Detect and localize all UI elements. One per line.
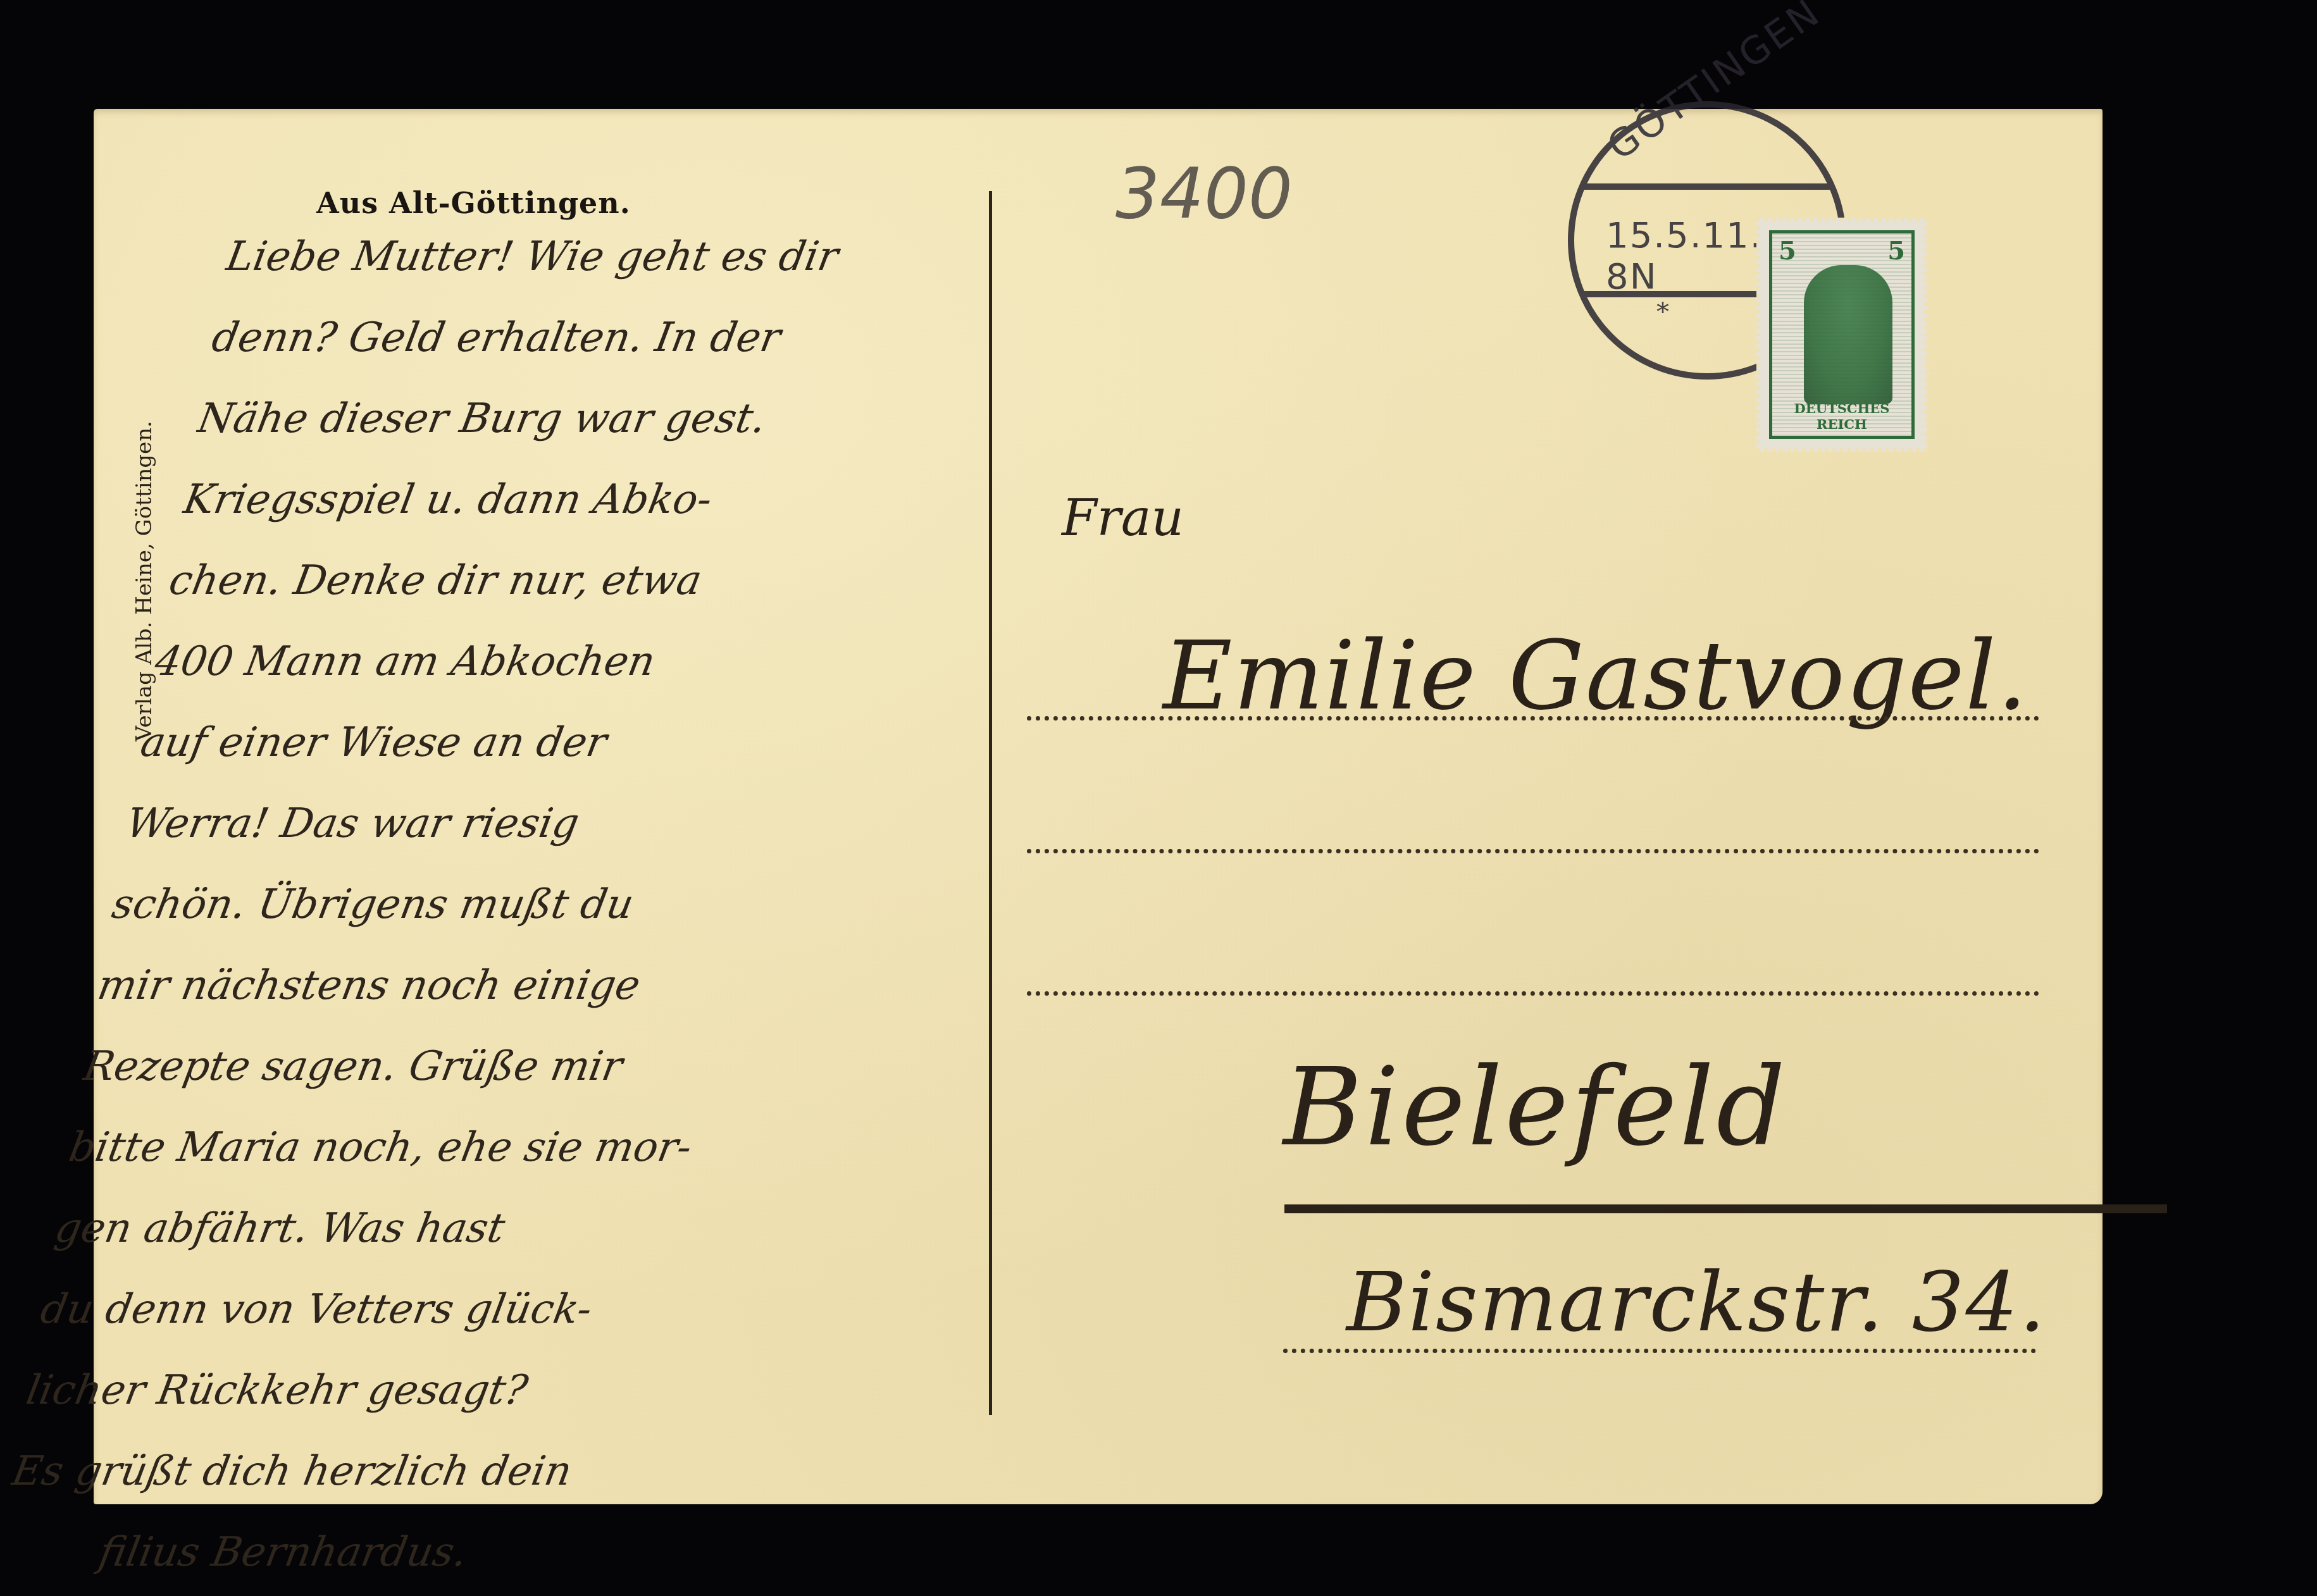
address-salutation: Frau — [1062, 488, 1184, 547]
message-line: chen. Denke dir nur, etwa — [163, 540, 1050, 621]
postcard: Aus Alt-Göttingen. Verlag Alb. Heine, Gö… — [94, 109, 2103, 1504]
message-line: Kriegsspiel u. dann Abko- — [177, 459, 1065, 540]
postcard-title: Aus Alt-Göttingen. — [316, 186, 631, 220]
star-icon: * — [1656, 297, 1669, 326]
address-line — [1027, 849, 2039, 853]
address-line — [1283, 1349, 2036, 1353]
stamp-value: 5 — [1887, 236, 1905, 266]
postage-stamp: 5 5 DEUTSCHES REICH — [1756, 218, 1927, 452]
message-signature: filius Bernhardus. — [0, 1512, 879, 1593]
message-line: Liebe Mutter! Wie geht es dir — [220, 216, 1107, 297]
message-line: Rezepte sagen. Grüße mir — [77, 1026, 965, 1107]
postmark-bar — [1581, 183, 1834, 190]
message-line: schön. Übrigens mußt du — [106, 864, 993, 945]
message-line: 400 Mann am Abkochen — [148, 621, 1036, 702]
address-name: Emilie Gastvogel. — [1163, 621, 2028, 731]
address-street: Bismarckstr. 34. — [1346, 1254, 2047, 1350]
address-line — [1027, 991, 2039, 996]
message-line: denn? Geld erhalten. In der — [206, 297, 1093, 378]
germania-figure-icon — [1804, 265, 1892, 404]
stamp-value: 5 — [1779, 236, 1796, 266]
message-line: Werra! Das war riesig — [120, 783, 1007, 864]
handwritten-message: Liebe Mutter! Wie geht es dir denn? Geld… — [0, 216, 1107, 1593]
message-line: licher Rückkehr gesagt? — [20, 1350, 907, 1431]
pencil-annotation: 3400 — [1115, 153, 1293, 234]
message-line: gen abfährt. Was hast — [48, 1188, 936, 1269]
message-line: Nähe dieser Burg war gest. — [191, 378, 1079, 459]
address-line — [1027, 716, 2039, 721]
city-underline — [1284, 1204, 2167, 1213]
address-city: Bielefeld — [1283, 1045, 1788, 1170]
stamp-frame: 5 5 DEUTSCHES REICH — [1769, 230, 1915, 439]
message-line: bitte Maria noch, ehe sie mor- — [63, 1107, 950, 1188]
stamp-country: DEUTSCHES REICH — [1775, 400, 1909, 432]
message-line: auf einer Wiese an der — [134, 702, 1022, 783]
message-line: du denn von Vetters glück- — [34, 1269, 922, 1350]
postmark-city: GÖTTINGEN — [1600, 0, 1829, 169]
message-line: Es grüßt dich herzlich dein — [6, 1431, 893, 1512]
message-line: mir nächstens noch einige — [91, 945, 979, 1026]
